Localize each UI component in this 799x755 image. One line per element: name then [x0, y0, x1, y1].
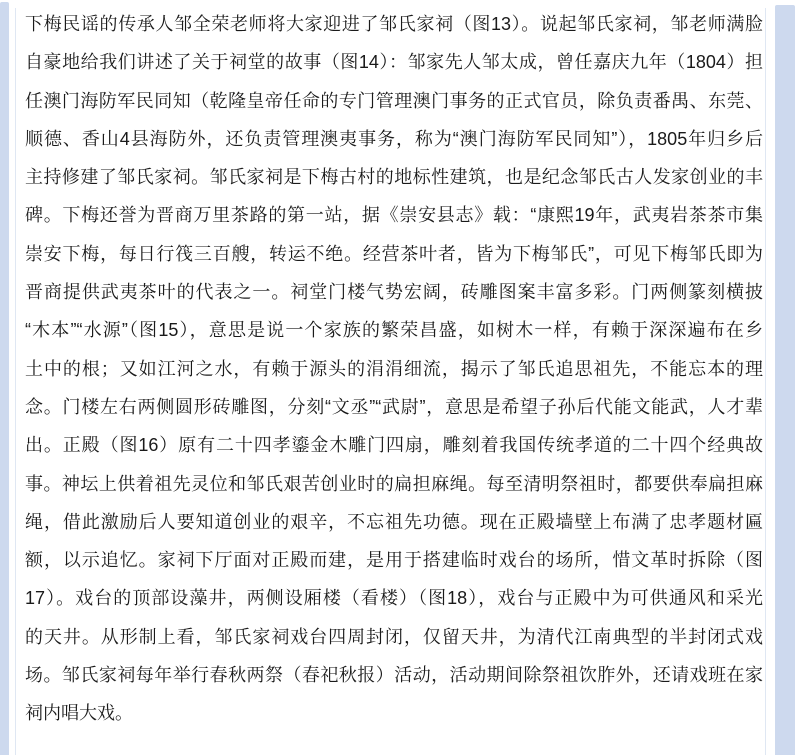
paragraph-line: 祠内唱大戏。 [25, 694, 763, 732]
paragraph-line: 的天井。从形制上看，邹氏家祠戏台四周封闭，仅留天井，为清代江南典型的半封闭式戏 [25, 618, 763, 656]
paragraph-line: 崇安下梅，每日行筏三百艘，转运不绝。经营茶叶者，皆为下梅邹氏”，可见下梅邹氏即为 [25, 235, 763, 273]
paragraph-line: “木本”“水源”（图15），意思是说一个家族的繁荣昌盛，如树木一样，有赖于深深遍… [25, 311, 763, 349]
content-card-left-border [15, 8, 16, 755]
paragraph-line: 碑。下梅还誉为晋商万里茶路的第一站，据《崇安县志》载：“康熙19年，武夷岩茶茶市… [25, 196, 763, 234]
paragraph-line: 绳，借此激励后人要知道创业的艰辛，不忘祖先功德。现在正殿墙壁上布满了忠孝题材匾 [25, 503, 763, 541]
paragraph-line: 顺德、香山4县海防外，还负责管理澳夷事务，称为“澳门海防军民同知”），1805年… [25, 120, 763, 158]
left-edge-strip [0, 2, 9, 755]
content-card-right-border [765, 8, 766, 755]
paragraph-line: 额，以示追忆。家祠下厅面对正殿而建，是用于搭建临时戏台的场所，惜文革时拆除（图 [25, 541, 763, 579]
paragraph-line: 下梅民谣的传承人邹全荣老师将大家迎进了邹氏家祠（图13）。说起邹氏家祠，邹老师满… [25, 5, 763, 43]
paragraph-line: 场。邹氏家祠每年举行春秋两祭（春祀秋报）活动，活动期间除祭祖饮胙外，还请戏班在家 [25, 656, 763, 694]
document-page: 下梅民谣的传承人邹全荣老师将大家迎进了邹氏家祠（图13）。说起邹氏家祠，邹老师满… [0, 0, 799, 755]
paragraph-line: 自豪地给我们讲述了关于祠堂的故事（图14）：邹家先人邹太成，曾任嘉庆九年（180… [25, 43, 763, 81]
paragraph-line: 晋商提供武夷茶叶的代表之一。祠堂门楼气势宏阔，砖雕图案丰富多彩。门两侧篆刻横披 [25, 273, 763, 311]
paragraph-line: 出。正殿（图16）原有二十四孝鎏金木雕门四扇，雕刻着我国传统孝道的二十四个经典故 [25, 426, 763, 464]
article-text-block: 下梅民谣的传承人邹全荣老师将大家迎进了邹氏家祠（图13）。说起邹氏家祠，邹老师满… [25, 5, 763, 733]
scrollbar-track[interactable] [775, 5, 795, 755]
paragraph-line: 土中的根；又如江河之水，有赖于源头的涓涓细流，揭示了邹氏追思祖先，不能忘本的理 [25, 350, 763, 388]
paragraph-line: 任澳门海防军民同知（乾隆皇帝任命的专门管理澳门事务的正式官员，除负责番禺、东莞、 [25, 82, 763, 120]
paragraph-line: 17）。戏台的顶部设藻井，两侧设厢楼（看楼）（图18），戏台与正殿中为可供通风和… [25, 579, 763, 617]
paragraph-line: 主持修建了邹氏家祠。邹氏家祠是下梅古村的地标性建筑，也是纪念邹氏古人发家创业的丰 [25, 158, 763, 196]
paragraph-line: 事。神坛上供着祖先灵位和邹氏艰苦创业时的扁担麻绳。每至清明祭祖时，都要供奉扁担麻 [25, 465, 763, 503]
paragraph-line: 念。门楼左右两侧圆形砖雕图，分刻“文丞”“武尉”，意思是希望子孙后代能文能武，人… [25, 388, 763, 426]
